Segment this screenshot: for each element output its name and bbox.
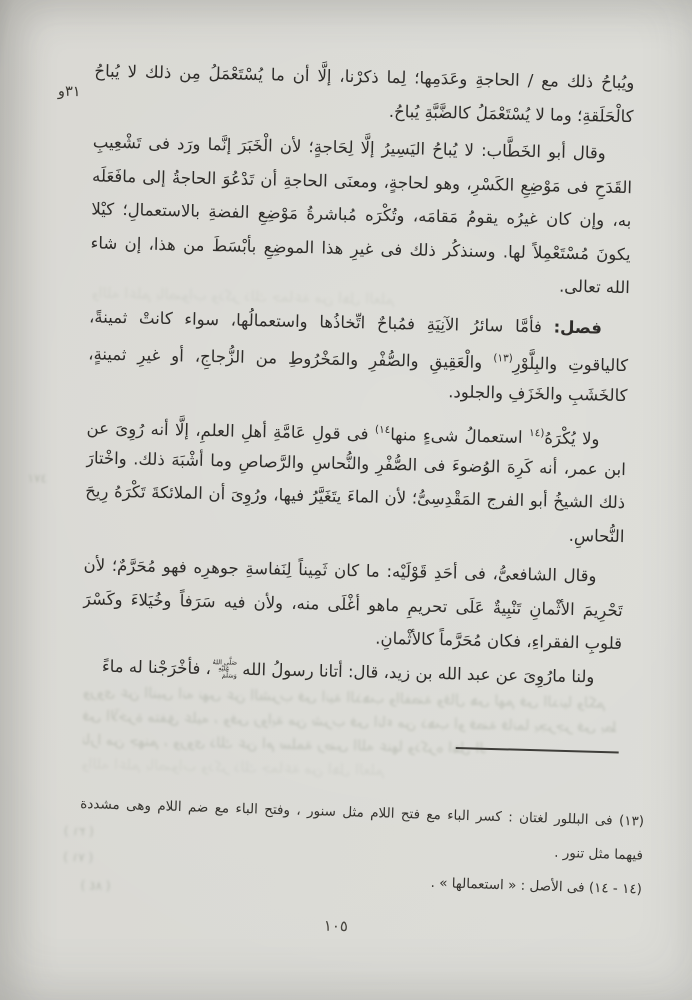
scanned-book-page: ٣١و ويُباحُ ذلك مع / الحاجةِ وعَدَمِها؛ … bbox=[0, 0, 692, 1000]
body-line-text: ولنا مارُوِىَ عن عبد الله بن زيد، قال: أ… bbox=[237, 659, 595, 686]
body-line-text: ، فأخْرَجْنا له ماءً bbox=[102, 656, 211, 677]
body-line-text: كالياقوتِ والبِلَّوْرِ bbox=[513, 354, 629, 376]
salla-allahu-alayhi-wasallam-mark: صَلَّى اللهُعَلَيْهِ وَسَلَّمَ bbox=[211, 659, 237, 679]
footnote-marker-13: (١٣) bbox=[493, 352, 513, 364]
fasl-heading: فصل: bbox=[553, 317, 602, 337]
footnote-marker-14-open: (١٤ bbox=[529, 427, 545, 439]
body-line-text: استعمالُ شىءٍ منها bbox=[390, 425, 529, 447]
bleedthrough-ghost: ١٧٤ bbox=[27, 471, 47, 485]
body-text: ويُباحُ ذلك مع / الحاجةِ وعَدَمِها؛ لِما… bbox=[81, 54, 635, 694]
bleedthrough-ghost: فى الآخرة متفق عليه ، وفى رواية من شرب ف… bbox=[82, 708, 616, 736]
folio-margin-note: ٣١و bbox=[58, 84, 81, 100]
honorific-bottom: عَلَيْهِ وَسَلَّمَ bbox=[211, 665, 237, 679]
footnotes-block: (١٣) فى البللور لغتان : كسر الباء مع فتح… bbox=[78, 787, 645, 907]
footnote-marker-14-close: ١٤) bbox=[375, 424, 391, 436]
body-line-text: فى قولِ عَامَّةِ أهلِ العلمِ، إلَّا أنه … bbox=[86, 418, 375, 443]
footnote-separator-rule bbox=[456, 747, 619, 754]
body-line-text: فأمَّا سائرُ الآنِيَةِ فمُباحٌ اتِّخاذُه… bbox=[89, 307, 554, 336]
bleedthrough-ghost: والله اعلم بالصواب وذكر ذلك جماعة من اهل… bbox=[81, 756, 425, 780]
bleedthrough-ghost: نارا من جهنم ، وروى ذلك عن ام سلمة رضى ا… bbox=[82, 732, 486, 757]
page-content: ٣١و ويُباحُ ذلك مع / الحاجةِ وعَدَمِها؛ … bbox=[0, 0, 692, 1000]
body-line-text: ولا يُكْرَهُ bbox=[544, 428, 600, 448]
page-number: ١٠٥ bbox=[0, 909, 682, 942]
body-line-text: والْعَقِيقِ والصُّفْرِ والمَخْرُوطِ من ا… bbox=[88, 344, 493, 372]
